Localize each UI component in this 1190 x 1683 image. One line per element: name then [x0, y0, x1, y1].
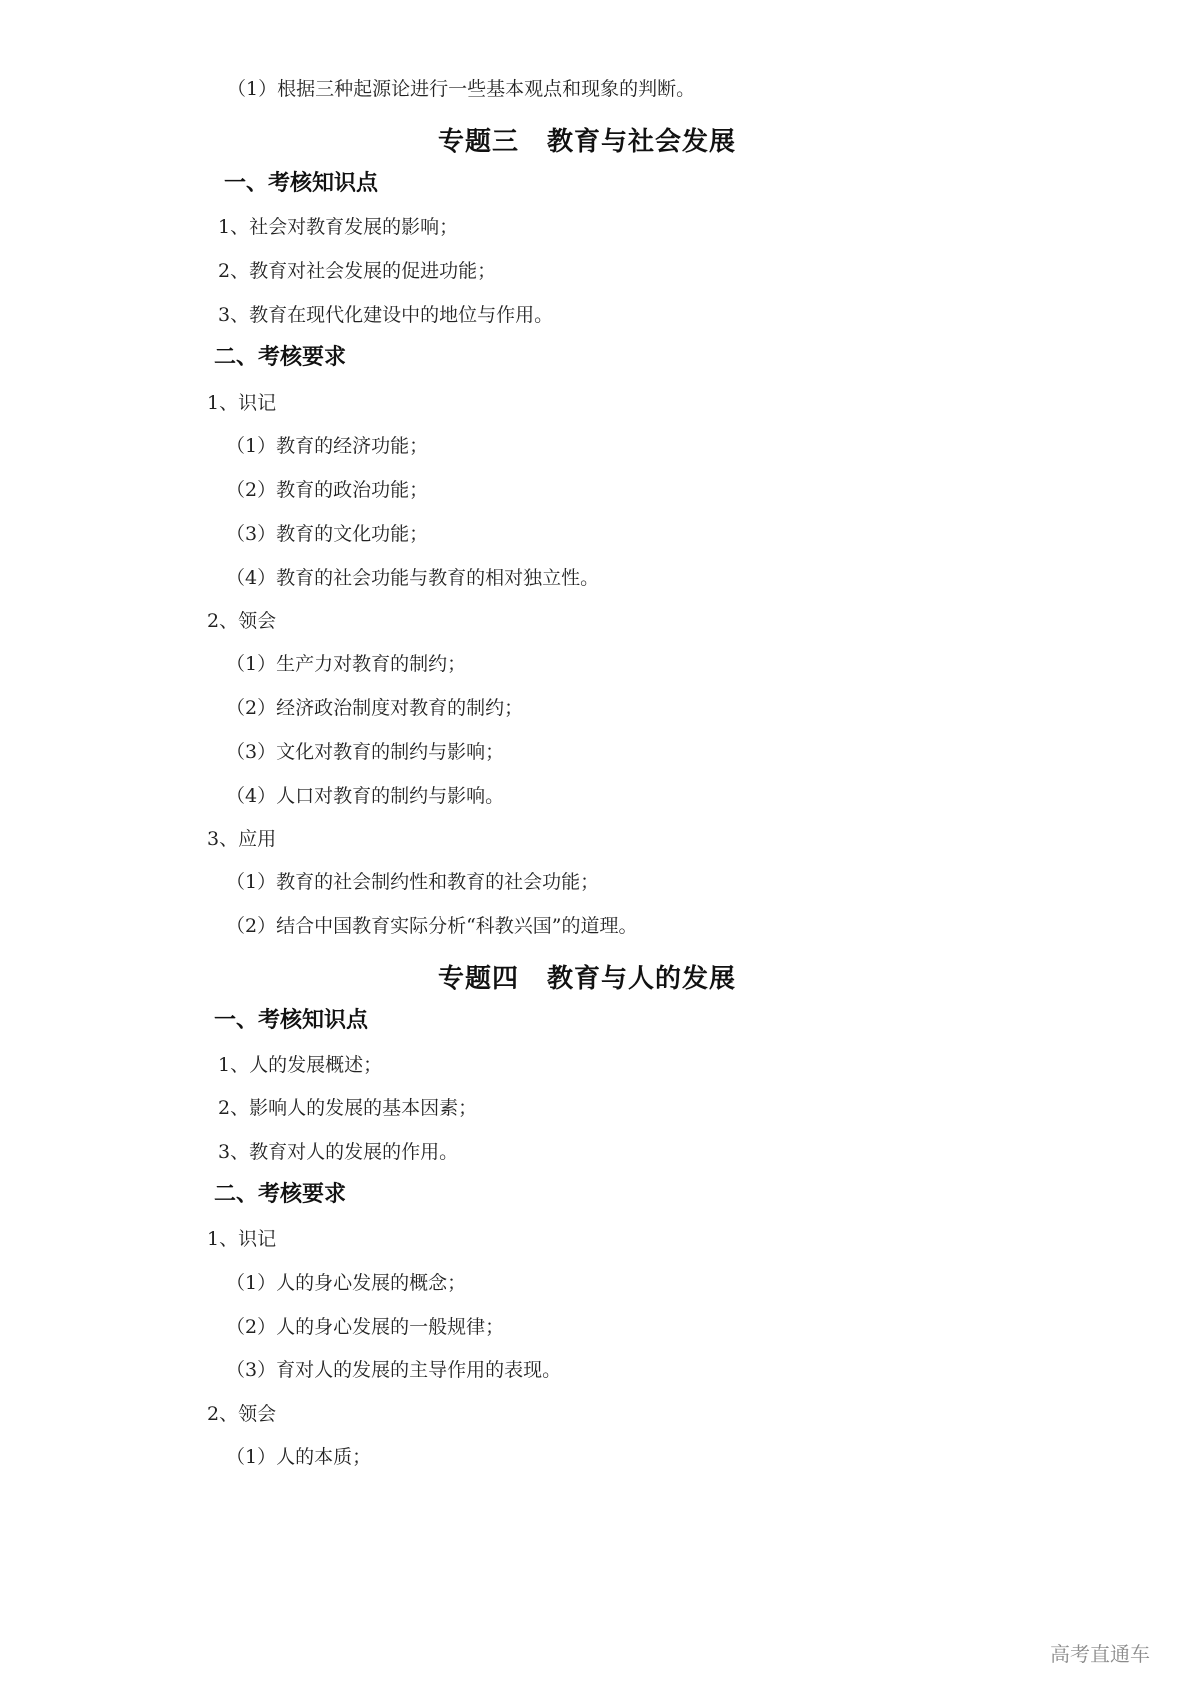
topic3-understand-item: （2）经济政治制度对教育的制约；: [226, 696, 523, 720]
topic4-title-number: 专题四: [438, 964, 519, 994]
topic3-understand-item: （3）文化对教育的制约与影响；: [226, 740, 504, 764]
topic4-title: 专题四教育与人的发展: [438, 963, 736, 995]
topic4-knowledge-point: 2、影响人的发展的基本因素；: [218, 1096, 477, 1120]
topic3-knowledge-point: 1、社会对教育发展的影响；: [218, 215, 458, 239]
topic3-apply-item: （1）教育的社会制约性和教育的社会功能；: [226, 870, 599, 894]
topic4-remember-item: （2）人的身心发展的一般规律；: [226, 1315, 504, 1339]
topic3-knowledge-point: 2、教育对社会发展的促进功能；: [218, 259, 496, 283]
topic4-remember-item: （3）育对人的发展的主导作用的表现。: [226, 1358, 561, 1382]
topic4-knowledge-heading: 一、考核知识点: [214, 1007, 368, 1035]
topic4-knowledge-point: 1、人的发展概述；: [218, 1053, 382, 1077]
topic3-title-number: 专题三: [438, 127, 519, 157]
topic4-title-text: 教育与人的发展: [547, 964, 736, 994]
topic3-remember-item: （2）教育的政治功能；: [226, 478, 428, 502]
intro-line: （1）根据三种起源论进行一些基本观点和现象的判断。: [227, 77, 695, 101]
topic3-knowledge-point: 3、教育在现代化建设中的地位与作用。: [218, 303, 553, 327]
topic3-remember-label: 1、识记: [207, 391, 276, 415]
topic3-understand-item: （1）生产力对教育的制约；: [226, 652, 466, 676]
topic3-understand-label: 2、领会: [207, 609, 276, 633]
topic3-apply-item: （2）结合中国教育实际分析“科教兴国”的道理。: [226, 914, 638, 938]
topic4-remember-item: （1）人的身心发展的概念；: [226, 1271, 466, 1295]
topic3-knowledge-heading: 一、考核知识点: [224, 170, 378, 198]
topic3-remember-item: （3）教育的文化功能；: [226, 522, 428, 546]
topic3-remember-item: （1）教育的经济功能；: [226, 434, 428, 458]
topic3-understand-item: （4）人口对教育的制约与影响。: [226, 784, 504, 808]
topic3-title-text: 教育与社会发展: [547, 127, 736, 157]
topic3-remember-item: （4）教育的社会功能与教育的相对独立性。: [226, 566, 599, 590]
topic4-understand-label: 2、领会: [207, 1402, 276, 1426]
topic3-title: 专题三教育与社会发展: [438, 126, 736, 158]
topic4-knowledge-point: 3、教育对人的发展的作用。: [218, 1140, 458, 1164]
topic3-apply-label: 3、应用: [207, 827, 276, 851]
topic3-requirements-heading: 二、考核要求: [214, 344, 346, 372]
topic4-requirements-heading: 二、考核要求: [214, 1181, 346, 1209]
topic4-understand-item: （1）人的本质；: [226, 1445, 371, 1469]
topic4-remember-label: 1、识记: [207, 1227, 276, 1251]
watermark: 高考直通车: [1050, 1638, 1150, 1667]
